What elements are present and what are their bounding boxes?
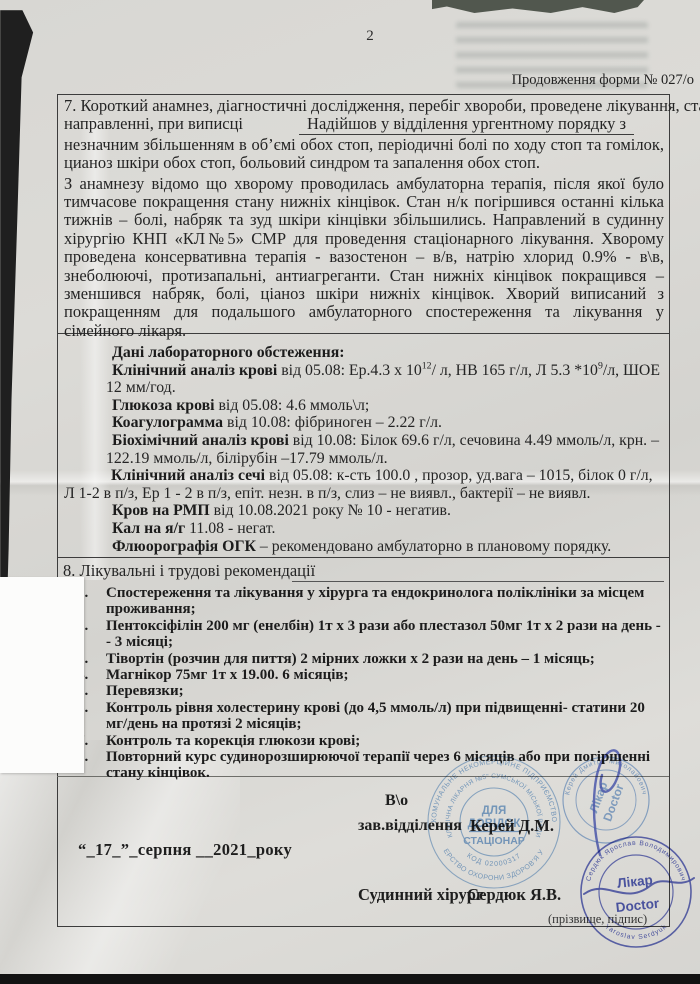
- section7-heading-line2: направленні, при виписціНадійшов у відді…: [64, 115, 664, 133]
- lab-rmp-line: Кров на РМП від 10.08.2021 року № 10 - н…: [64, 502, 665, 520]
- lab-title: Дані лабораторного обстеження:: [64, 344, 665, 362]
- scan-edge-artifact: [432, 0, 644, 13]
- lab-results: Дані лабораторного обстеження: Клінічний…: [64, 344, 665, 555]
- section8-heading: 8. Лікувальні і трудові рекомендації: [63, 561, 315, 581]
- stamp-center-text: ДОВІДОК: [468, 818, 522, 830]
- lab-fluorography-line: Флюорографія ОГК – рекомендовано амбулат…: [64, 538, 665, 556]
- hospital-round-stamp: КОМУНАЛЬНЕ НЕКОМЕРЦІЙНЕ ПІДПРИЄМСТВО МІН…: [424, 752, 564, 892]
- acting-label: В\о: [385, 792, 408, 810]
- stamp-ring-text: КОД 02000317: [465, 852, 522, 868]
- scanned-page: 2 Продовження форми № 027/о 7. Короткий …: [0, 0, 700, 984]
- redaction-box: [0, 577, 84, 773]
- serdiuk-doctor-stamp: Сердюк Ярослав Володимирович Yaroslav Se…: [572, 828, 700, 962]
- anamnesis-paragraph-1: незначним збільшенням в об’ємі обох стоп…: [64, 136, 664, 173]
- list-item: 4.Магнікор 75мг 1т х 19.00. 6 місяців;: [77, 667, 665, 683]
- lab-glucose-line: Глюкоза крові від 05.08: 4.6 ммоль\л;: [64, 397, 665, 415]
- divider: [57, 557, 669, 558]
- section7-anamnesis: 7. Короткий анамнез, діагностичні дослід…: [64, 97, 664, 340]
- list-item: 5.Перевязки;: [77, 683, 665, 699]
- stamp-center-text: ДЛЯ: [482, 805, 507, 817]
- date-line: “_17_”_серпня __2021_року: [78, 840, 292, 860]
- lab-biochem-line: Біохімічний аналіз крові від 10.08: Біло…: [64, 432, 665, 467]
- admission-note: Надійшов у відділення ургентному порядку…: [299, 114, 634, 135]
- svg-text:Yaroslav Serdyuk: Yaroslav Serdyuk: [603, 923, 668, 941]
- list-item: 1.Спостереження та лікування у хірурга т…: [77, 585, 665, 618]
- anamnesis-paragraph-2: З анамнезу відомо що хворому проводилась…: [64, 175, 664, 341]
- lab-coagulogram-line: Коагулограмма від 10.08: фібриноген – 2.…: [64, 414, 665, 432]
- lab-urine-line: Клінічний аналіз сечі від 05.08: к-сть 1…: [64, 467, 665, 502]
- section8-underline: [292, 581, 664, 582]
- lab-blood-line: Клінічний аналіз крові від 05.08: Ер.4.3…: [64, 362, 665, 397]
- list-item: 6.Контроль рівня холестерину крові (до 4…: [77, 700, 665, 733]
- section7-heading-line1: 7. Короткий анамнез, діагностичні дослід…: [64, 97, 664, 115]
- list-item: 2.Пентоксіфілін 200 мг (енелбін) 1т х 3 …: [77, 618, 665, 651]
- svg-text:КОД 02000317: КОД 02000317: [465, 852, 522, 868]
- form-continuation-label: Продовження форми № 027/о: [512, 72, 694, 89]
- page-number: 2: [340, 28, 400, 45]
- scan-edge-bottom: [0, 974, 700, 984]
- lab-feces-line: Кал на я/г 11.08 - негат.: [64, 520, 665, 538]
- stamp-center-text: Doctor: [615, 896, 661, 916]
- stamp-ring-text: Yaroslav Serdyuk: [603, 923, 668, 941]
- stamp-center-text: СТАЦІОНАР: [463, 835, 525, 847]
- list-item: 3.Тівортін (розчин для пиття) 2 мірних л…: [77, 651, 665, 667]
